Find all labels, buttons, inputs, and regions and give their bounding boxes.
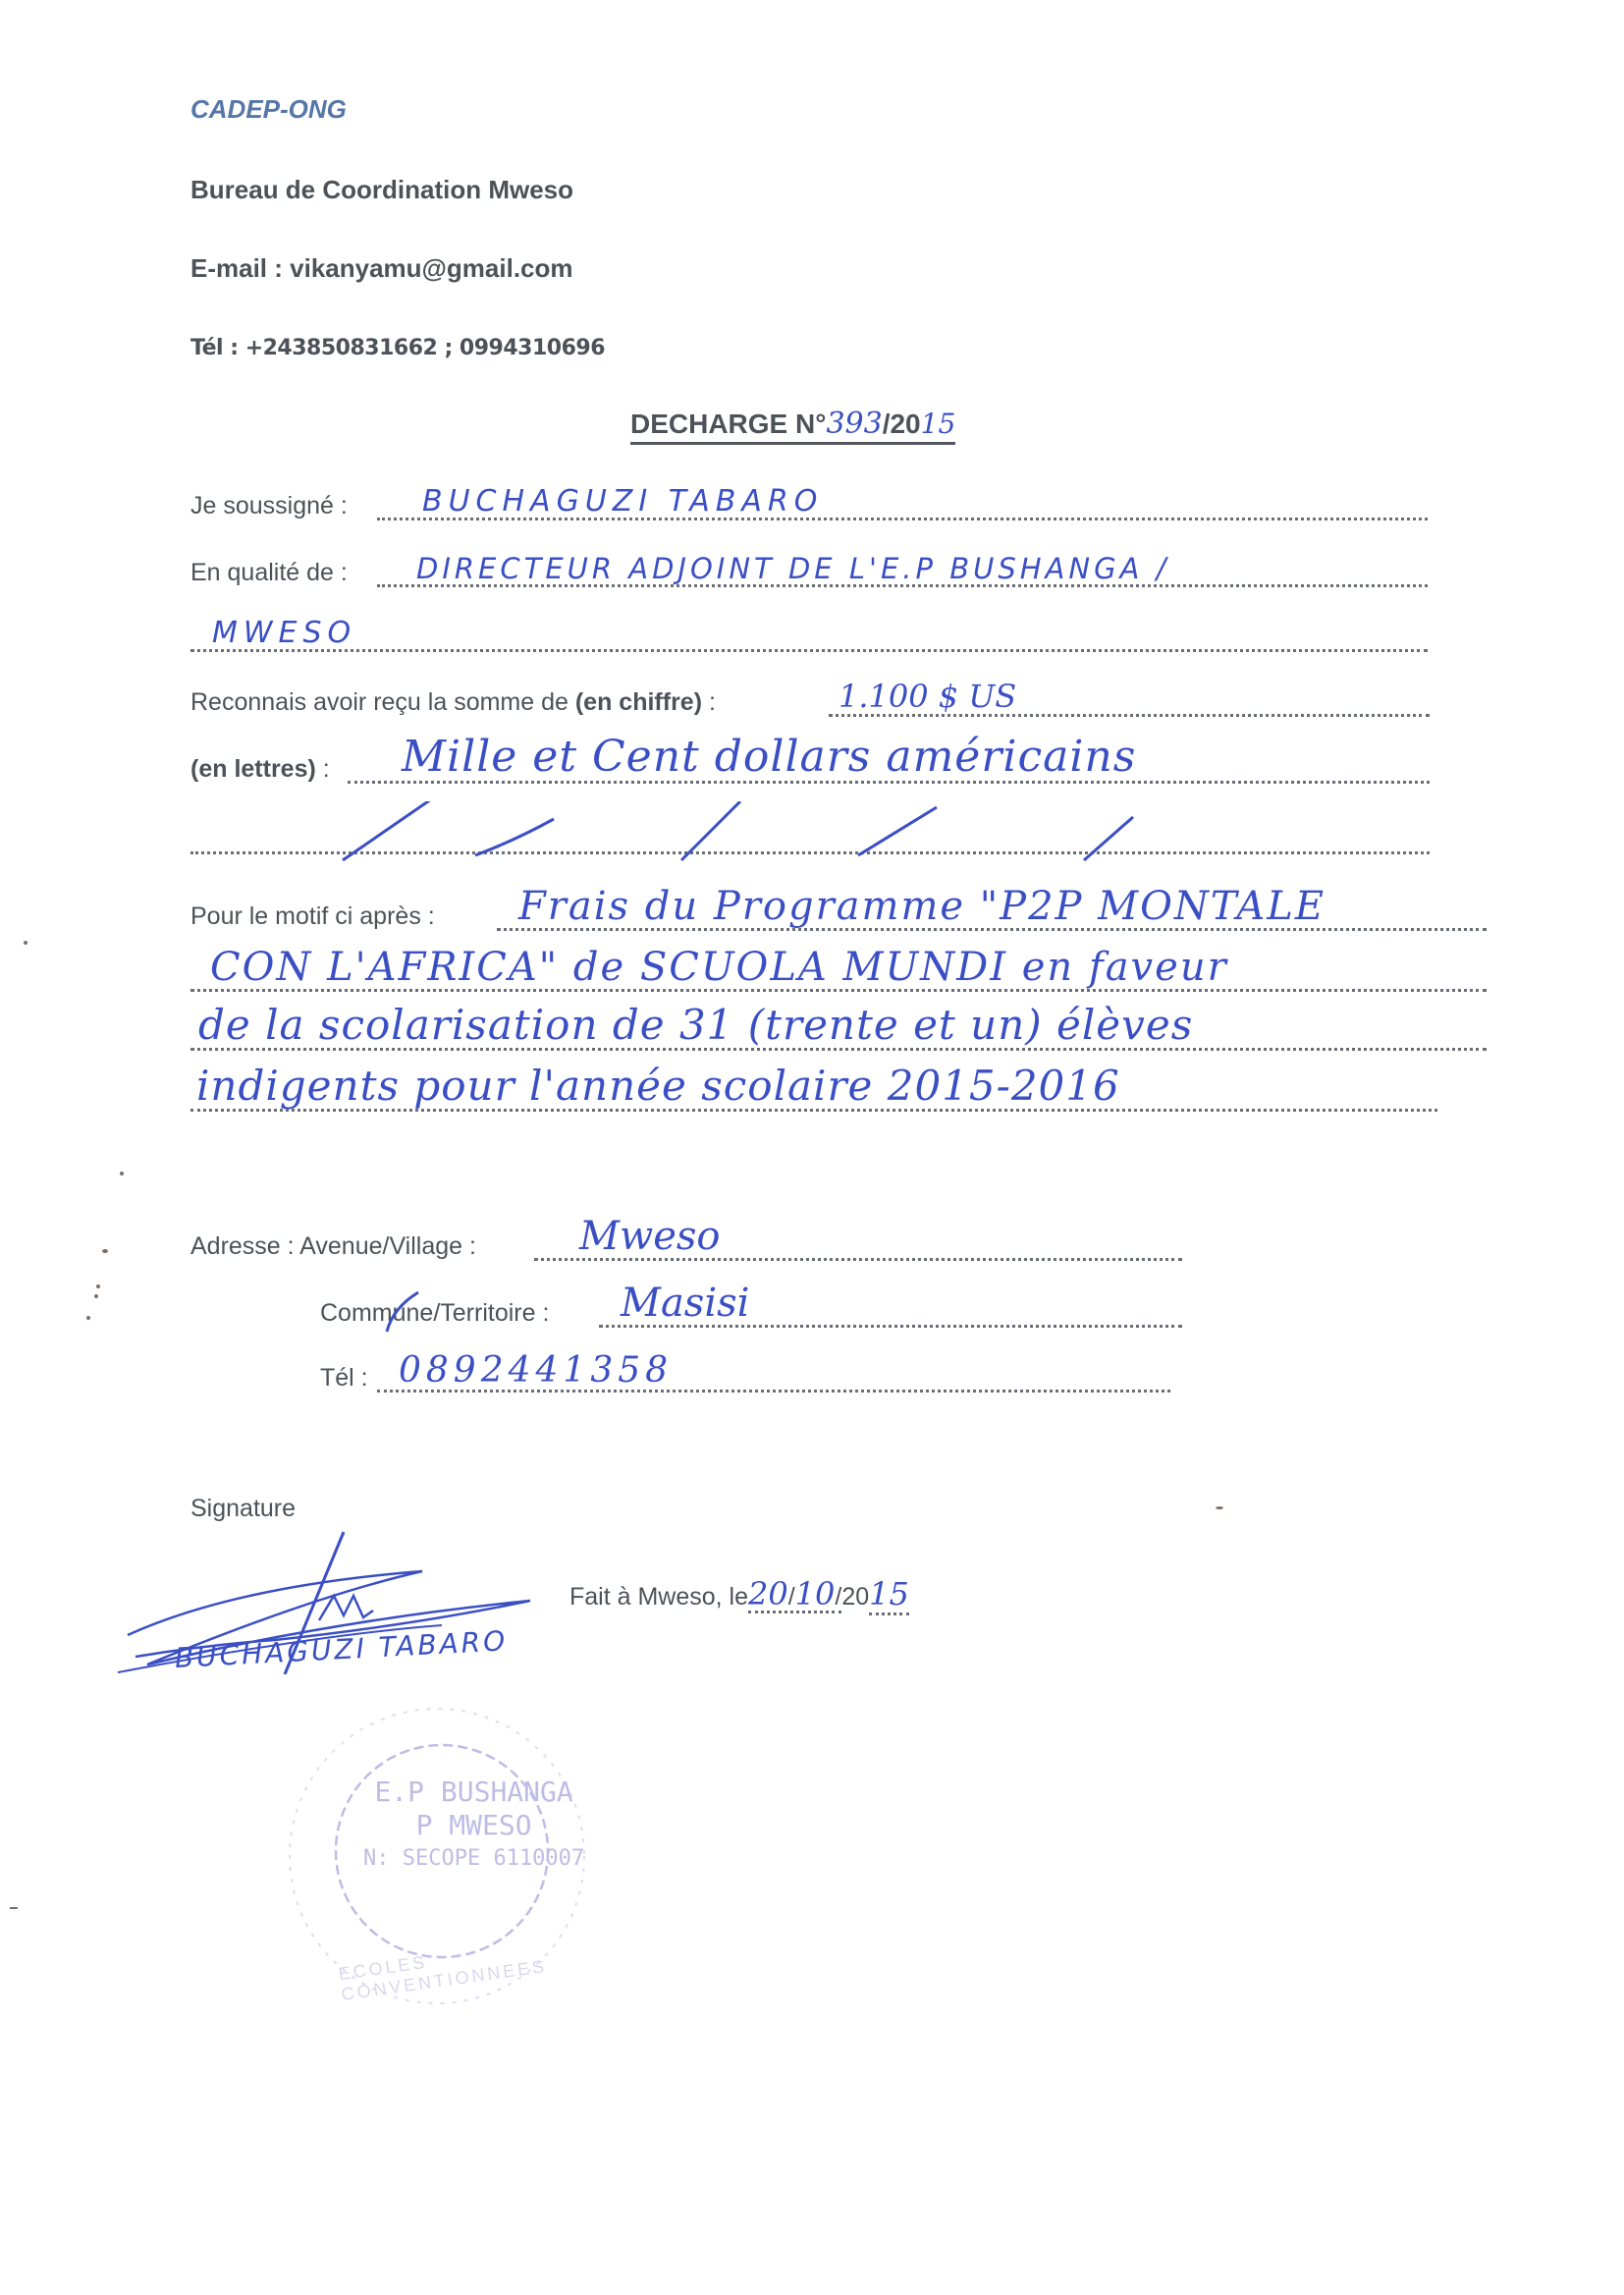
commune-value[interactable]: Masisi (621, 1281, 749, 1326)
motif-line-3[interactable]: de la scolarisation de 31 (trente et un)… (198, 1001, 1193, 1049)
soussigne-value[interactable]: BUCHAGUZI TABARO (422, 484, 823, 519)
dotted-line (190, 649, 1428, 652)
commune-label: Commune/Territoire : (320, 1299, 549, 1328)
bureau-name: Bureau de Coordination Mweso (190, 175, 573, 205)
date-month[interactable]: 10 (795, 1575, 836, 1612)
label-text: Reconnais avoir reçu la somme de (190, 688, 568, 716)
soussigne-label: Je soussigné : (190, 492, 348, 520)
date-year-suffix[interactable]: 15 (869, 1575, 909, 1615)
phone-value: +243850831662 ; 0994310696 (245, 336, 605, 360)
label-colon: : (709, 688, 716, 716)
field-adresse: Adresse : Avenue/Village : Mweso (190, 1222, 1182, 1267)
scan-speck (94, 1294, 98, 1298)
title-year-suffix: 15 (921, 408, 956, 440)
date-year-prefix: 20 (841, 1583, 869, 1611)
label-bold: (en chiffre) (575, 688, 702, 716)
signature-label: Signature (190, 1495, 296, 1523)
tel-value[interactable]: 0892441358 (399, 1350, 673, 1391)
email-line: E-mail : vikanyamu@gmail.com (190, 253, 573, 284)
field-motif-line4: indigents pour l'année scolaire 2015-201… (190, 1068, 1437, 1118)
field-somme-chiffre: Reconnais avoir reçu la somme de (en chi… (190, 683, 1430, 723)
scan-speck (1216, 1506, 1223, 1509)
field-motif-line3: de la scolarisation de 31 (trente et un)… (190, 1008, 1487, 1057)
official-stamp: E.P BUSHANGA P MWESO N: SECOPE 6110007 E… (231, 1699, 623, 2013)
strikeout-marks (190, 801, 1430, 870)
title-prefix: DECHARGE N° (630, 409, 826, 439)
organization-name: CADEP-ONG (190, 94, 347, 125)
adresse-value[interactable]: Mweso (579, 1214, 720, 1259)
motif-line-4[interactable]: indigents pour l'année scolaire 2015-201… (196, 1062, 1120, 1110)
qualite-label: En qualité de : (190, 559, 348, 587)
stamp-text: E.P BUSHANGA P MWESO N: SECOPE 6110007 (363, 1776, 584, 1876)
motif-label: Pour le motif ci après : (190, 902, 435, 931)
field-soussigne: Je soussigné : BUCHAGUZI TABARO (190, 487, 1428, 526)
label-colon: : (323, 755, 330, 783)
stamp-line-1: E.P BUSHANGA (363, 1776, 584, 1809)
email-value: vikanyamu@gmail.com (290, 253, 572, 283)
qualite-value-line2[interactable]: MWESO (212, 616, 356, 650)
check-mark (379, 1288, 428, 1338)
scan-speck (102, 1249, 108, 1253)
label-bold: (en lettres) (190, 755, 316, 783)
field-somme-lettres-continued (190, 821, 1430, 860)
stamp-line-3: N: SECOPE 6110007 (363, 1842, 584, 1876)
date-day[interactable]: 20 (748, 1575, 788, 1612)
phone-label: Tél : (190, 336, 239, 360)
scan-speck (24, 941, 27, 945)
somme-chiffre-label: Reconnais avoir reçu la somme de (en chi… (190, 688, 716, 717)
field-motif-line2: CON L'AFRICA" de SCUOLA MUNDI en faveur (190, 949, 1487, 998)
field-motif: Pour le motif ci après : Frais du Progra… (190, 888, 1487, 937)
scan-speck (120, 1172, 124, 1175)
tel-label: Tél : (320, 1364, 368, 1393)
email-label: E-mail : (190, 253, 283, 283)
place-date-line: Fait à Mweso, le20/10/2015 (569, 1575, 909, 1612)
document-title: DECHARGE N°393/2015 (630, 407, 955, 445)
scan-speck (96, 1284, 100, 1288)
field-tel: Tél : 0892441358 (320, 1353, 1170, 1398)
field-qualite-continued: MWESO (190, 619, 1428, 658)
motif-line-1[interactable]: Frais du Programme "P2P MONTALE (518, 884, 1326, 929)
motif-line-2[interactable]: CON L'AFRICA" de SCUOLA MUNDI en faveur (210, 945, 1228, 990)
decharge-number: 393 (826, 407, 882, 441)
adresse-label: Adresse : Avenue/Village : (190, 1232, 476, 1261)
field-commune: Commune/Territoire : Masisi (320, 1288, 1182, 1334)
field-qualite: En qualité de : DIRECTEUR ADJOINT DE L'E… (190, 554, 1428, 593)
somme-lettres-label: (en lettres) : (190, 755, 330, 784)
stamp-line-2: P MWESO (363, 1809, 584, 1842)
qualite-value-line1[interactable]: DIRECTEUR ADJOINT DE L'E.P BUSHANGA / (416, 552, 1169, 585)
somme-lettres-value[interactable]: Mille et Cent dollars américains (402, 732, 1136, 782)
scan-speck (86, 1316, 90, 1320)
somme-chiffre-value[interactable]: 1.100 $ US (839, 678, 1016, 715)
title-year-prefix: /20 (883, 409, 921, 439)
place-label: Fait à Mweso, le (569, 1583, 748, 1611)
field-somme-lettres: (en lettres) : Mille et Cent dollars amé… (190, 750, 1430, 790)
scan-speck (10, 1907, 18, 1909)
phone-line: Tél : +243850831662 ; 0994310696 (190, 336, 605, 360)
